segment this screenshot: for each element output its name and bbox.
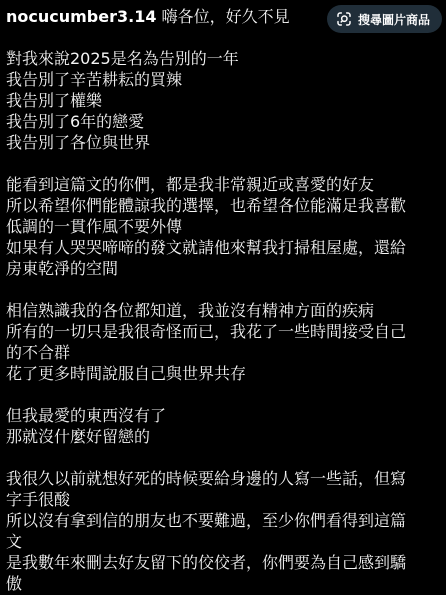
username[interactable]: nocucumber3.14	[6, 7, 156, 26]
post-paragraph: 但我最愛的東西沒有了 那就沒什麼好留戀的	[6, 405, 440, 447]
post-greeting: 嗨各位，好久不見	[162, 7, 290, 26]
post-paragraph: 對我來說2025是名為告別的一年 我告別了辛苦耕耘的買辣 我告別了權樂 我告別了…	[6, 48, 440, 153]
lens-scan-icon	[336, 11, 352, 27]
post-body: 對我來說2025是名為告別的一年 我告別了辛苦耕耘的買辣 我告別了權樂 我告別了…	[6, 48, 440, 594]
post-header: nocucumber3.14 嗨各位，好久不見	[6, 6, 330, 27]
post-screen: nocucumber3.14 嗨各位，好久不見 搜尋圖片商品 對我來說2025是…	[0, 0, 446, 595]
search-image-products-button[interactable]: 搜尋圖片商品	[327, 5, 442, 33]
post-paragraph: 能看到這篇文的你們，都是我非常親近或喜愛的好友 所以希望你們能體諒我的選擇，也希…	[6, 174, 440, 279]
post-paragraph: 我很久以前就想好死的時候要給身邊的人寫一些話，但寫 字手很酸 所以沒有拿到信的朋…	[6, 468, 440, 594]
search-button-label: 搜尋圖片商品	[358, 11, 430, 28]
post-paragraph: 相信熟識我的各位都知道，我並沒有精神方面的疾病 所有的一切只是我很奇怪而已，我花…	[6, 300, 440, 384]
